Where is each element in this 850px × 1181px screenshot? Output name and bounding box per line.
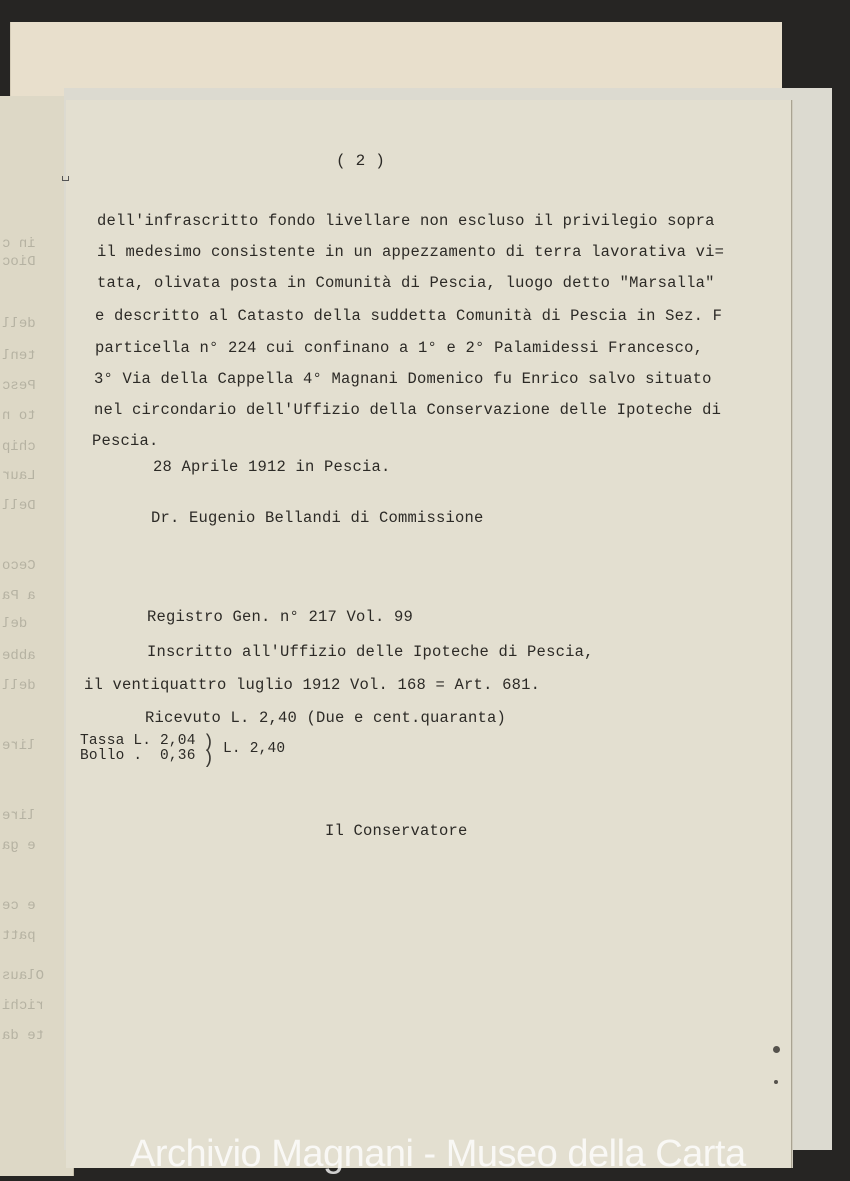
registry-line: il ventiquattro luglio 1912 Vol. 168 = A…: [84, 676, 540, 694]
fee-total: L. 2,40: [223, 741, 285, 757]
left-page-fragment: del: [2, 616, 27, 632]
left-page-fragment: to n: [2, 408, 36, 424]
body-line: dell'infrascritto fondo livellare non es…: [97, 212, 715, 230]
body-line: Pescia.: [92, 432, 159, 450]
left-page-fragment: dell: [2, 678, 36, 694]
left-page-fragment: a Pa: [2, 588, 36, 604]
background-sheet-left: in c Dioc dell tenl Pesc to n chip Laur …: [0, 96, 74, 1176]
left-page-fragment: chip: [2, 439, 36, 455]
left-page-fragment: patt: [2, 928, 36, 944]
left-page-fragment: e ga: [2, 838, 36, 854]
page-number: ( 2 ): [336, 152, 385, 170]
bollo-label: Bollo .: [80, 748, 142, 764]
tassa-value: 2,04: [160, 733, 196, 749]
left-page-fragment: tenl: [2, 348, 36, 364]
body-line: 3° Via della Cappella 4° Magnani Domenic…: [94, 370, 712, 388]
watermark: Archivio Magnani - Museo della Carta: [130, 1133, 746, 1176]
left-page-fragment: e ce: [2, 898, 36, 914]
left-page-fragment: lire: [2, 738, 36, 754]
left-page-fragment: Ceco: [2, 558, 36, 574]
date-line: 28 Aprile 1912 in Pescia.: [153, 458, 391, 476]
left-page-fragment: Pesc: [2, 378, 36, 394]
body-line: nel circondario dell'Uffizio della Conse…: [94, 401, 721, 419]
left-page-fragment: in c: [2, 236, 36, 252]
registry-line: Inscritto all'Uffizio delle Ipoteche di …: [147, 643, 594, 661]
punch-dot: [773, 1046, 780, 1053]
left-page-fragment: dell: [2, 316, 36, 332]
body-line: e descritto al Catasto della suddetta Co…: [95, 307, 722, 325]
left-page-fragment: Olaus: [2, 968, 44, 984]
left-page-fragment: te da: [2, 1028, 44, 1044]
punch-dot: [774, 1080, 778, 1084]
body-line: il medesimo consistente in un appezzamen…: [97, 243, 724, 261]
body-line: tata, olivata posta in Comunità di Pesci…: [97, 274, 715, 292]
tassa-label: Tassa L.: [80, 733, 151, 749]
staple-mark: [62, 176, 69, 181]
signatory: Dr. Eugenio Bellandi di Commissione: [151, 509, 484, 527]
left-page-fragment: Dioc: [2, 254, 36, 270]
left-page-fragment: Laur: [2, 468, 36, 484]
closing-title: Il Conservatore: [325, 822, 468, 840]
left-page-fragment: Dell: [2, 498, 36, 514]
bollo-value: 0,36: [160, 748, 196, 764]
left-page-fragment: richi: [2, 998, 44, 1014]
brace-icon: ): [203, 750, 214, 768]
left-page-fragment: lire: [2, 808, 36, 824]
left-page-fragment: abbe: [2, 648, 36, 664]
registry-line: Registro Gen. n° 217 Vol. 99: [147, 608, 413, 626]
received-line: Ricevuto L. 2,40 (Due e cent.quaranta): [145, 709, 506, 727]
body-line: particella n° 224 cui confinano a 1° e 2…: [95, 339, 703, 357]
